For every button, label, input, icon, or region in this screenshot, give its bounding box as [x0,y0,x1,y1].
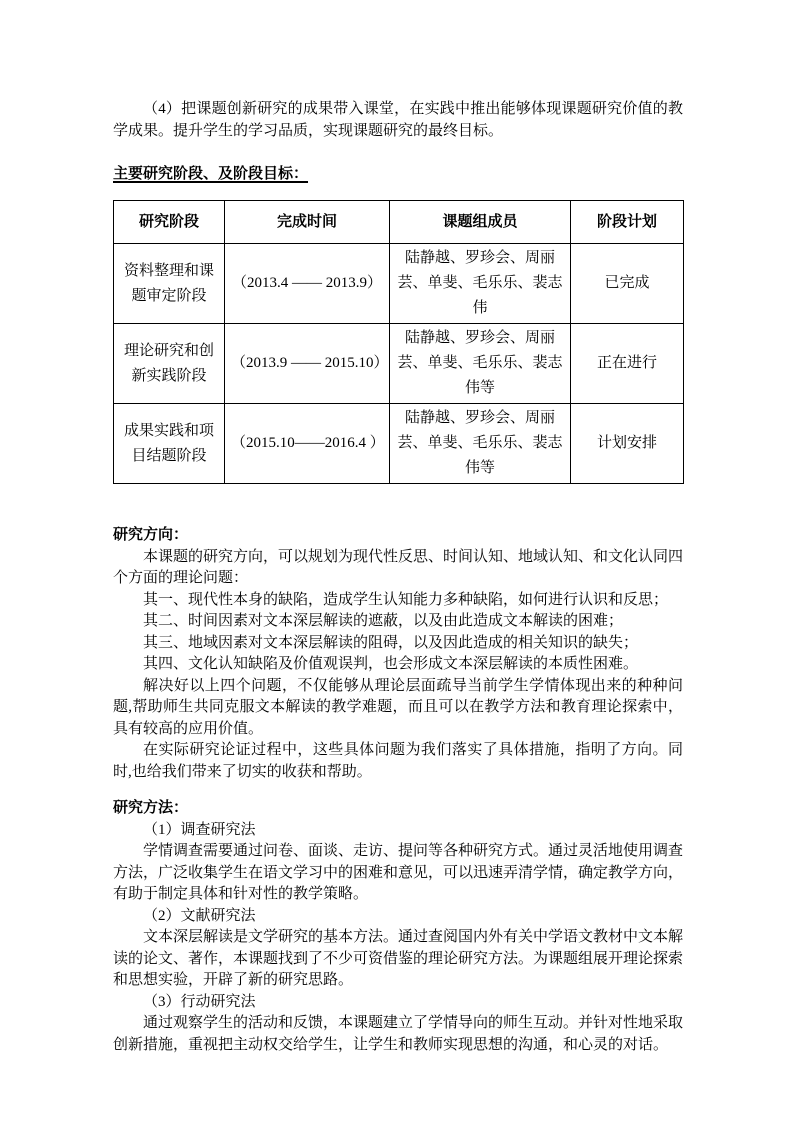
direction-paragraph: 其三、地域因素对文本深层解读的阻碍，以及因此造成的相关知识的缺失； [113,633,683,655]
research-methods-heading: 研究方法： [113,798,683,820]
members-cell: 陆静越、罗珍会、周丽芸、单斐、毛乐乐、裴志伟等 [390,404,571,484]
stages-table-header-row: 研究阶段 完成时间 课题组成员 阶段计划 [114,201,684,244]
stages-heading-text: 主要研究阶段、及阶段目标： [113,166,308,182]
members-cell: 陆静越、罗珍会、周丽芸、单斐、毛乐乐、裴志伟等 [390,324,571,404]
methods-paragraph: （3）行动研究法 [113,992,683,1014]
stages-heading: 主要研究阶段、及阶段目标： [113,164,683,186]
direction-paragraph: 解决好以上四个问题，不仅能够从理论层面疏导当前学生学情体现出来的种种问题,帮助师… [113,676,683,741]
direction-paragraph: 其四、文化认知缺陷及价值观误判，也会形成文本深层解读的本质性困难。 [113,654,683,676]
direction-paragraph: 其二、时间因素对文本深层解读的遮蔽，以及由此造成文本解读的困难； [113,611,683,633]
research-direction-heading: 研究方向： [113,525,683,547]
methods-paragraph: 文本深层解读是文学研究的基本方法。通过查阅国内外有关中学语文教材中文本解读的论文… [113,927,683,992]
stage-cell: 资料整理和课题审定阶段 [114,244,225,324]
plan-cell: 已完成 [571,244,684,324]
direction-paragraph: 本课题的研究方向，可以规划为现代性反思、时间认知、地域认知、和文化认同四个方面的… [113,547,683,590]
stage-cell: 理论研究和创新实践阶段 [114,324,225,404]
time-cell: （2013.4 —— 2013.9） [225,244,390,324]
intro-paragraph: （4）把课题创新研究的成果带入课堂，在实践中推出能够体现课题研究价值的教学成果。… [113,99,683,142]
document-page: （4）把课题创新研究的成果带入课堂，在实践中推出能够体现课题研究价值的教学成果。… [0,0,794,1123]
members-cell: 陆静越、罗珍会、周丽芸、单斐、毛乐乐、裴志伟 [390,244,571,324]
table-row: 理论研究和创新实践阶段 （2013.9 —— 2015.10） 陆静越、罗珍会、… [114,324,684,404]
plan-cell: 计划安排 [571,404,684,484]
stages-table: 研究阶段 完成时间 课题组成员 阶段计划 资料整理和课题审定阶段 （2013.4… [113,200,684,484]
table-row: 资料整理和课题审定阶段 （2013.4 —— 2013.9） 陆静越、罗珍会、周… [114,244,684,324]
time-cell: （2015.10——2016.4 ） [225,404,390,484]
methods-paragraph: 通过观察学生的活动和反馈，本课题建立了学情导向的师生互动。并针对性地采取创新措施… [113,1013,683,1056]
header-cell-stage: 研究阶段 [114,201,225,244]
methods-paragraph: （1）调查研究法 [113,820,683,842]
plan-cell: 正在进行 [571,324,684,404]
header-cell-time: 完成时间 [225,201,390,244]
stage-cell: 成果实践和项目结题阶段 [114,404,225,484]
header-cell-plan: 阶段计划 [571,201,684,244]
header-cell-members: 课题组成员 [390,201,571,244]
time-cell: （2013.9 —— 2015.10） [225,324,390,404]
methods-paragraph: （2）文献研究法 [113,906,683,928]
table-row: 成果实践和项目结题阶段 （2015.10——2016.4 ） 陆静越、罗珍会、周… [114,404,684,484]
direction-paragraph: 在实际研究论证过程中，这些具体问题为我们落实了具体措施，指明了方向。同时,也给我… [113,740,683,783]
methods-paragraph: 学情调查需要通过问卷、面谈、走访、提问等各种研究方式。通过灵活地使用调查方法，广… [113,841,683,906]
direction-paragraph: 其一、现代性本身的缺陷，造成学生认知能力多种缺陷，如何进行认识和反思； [113,590,683,612]
